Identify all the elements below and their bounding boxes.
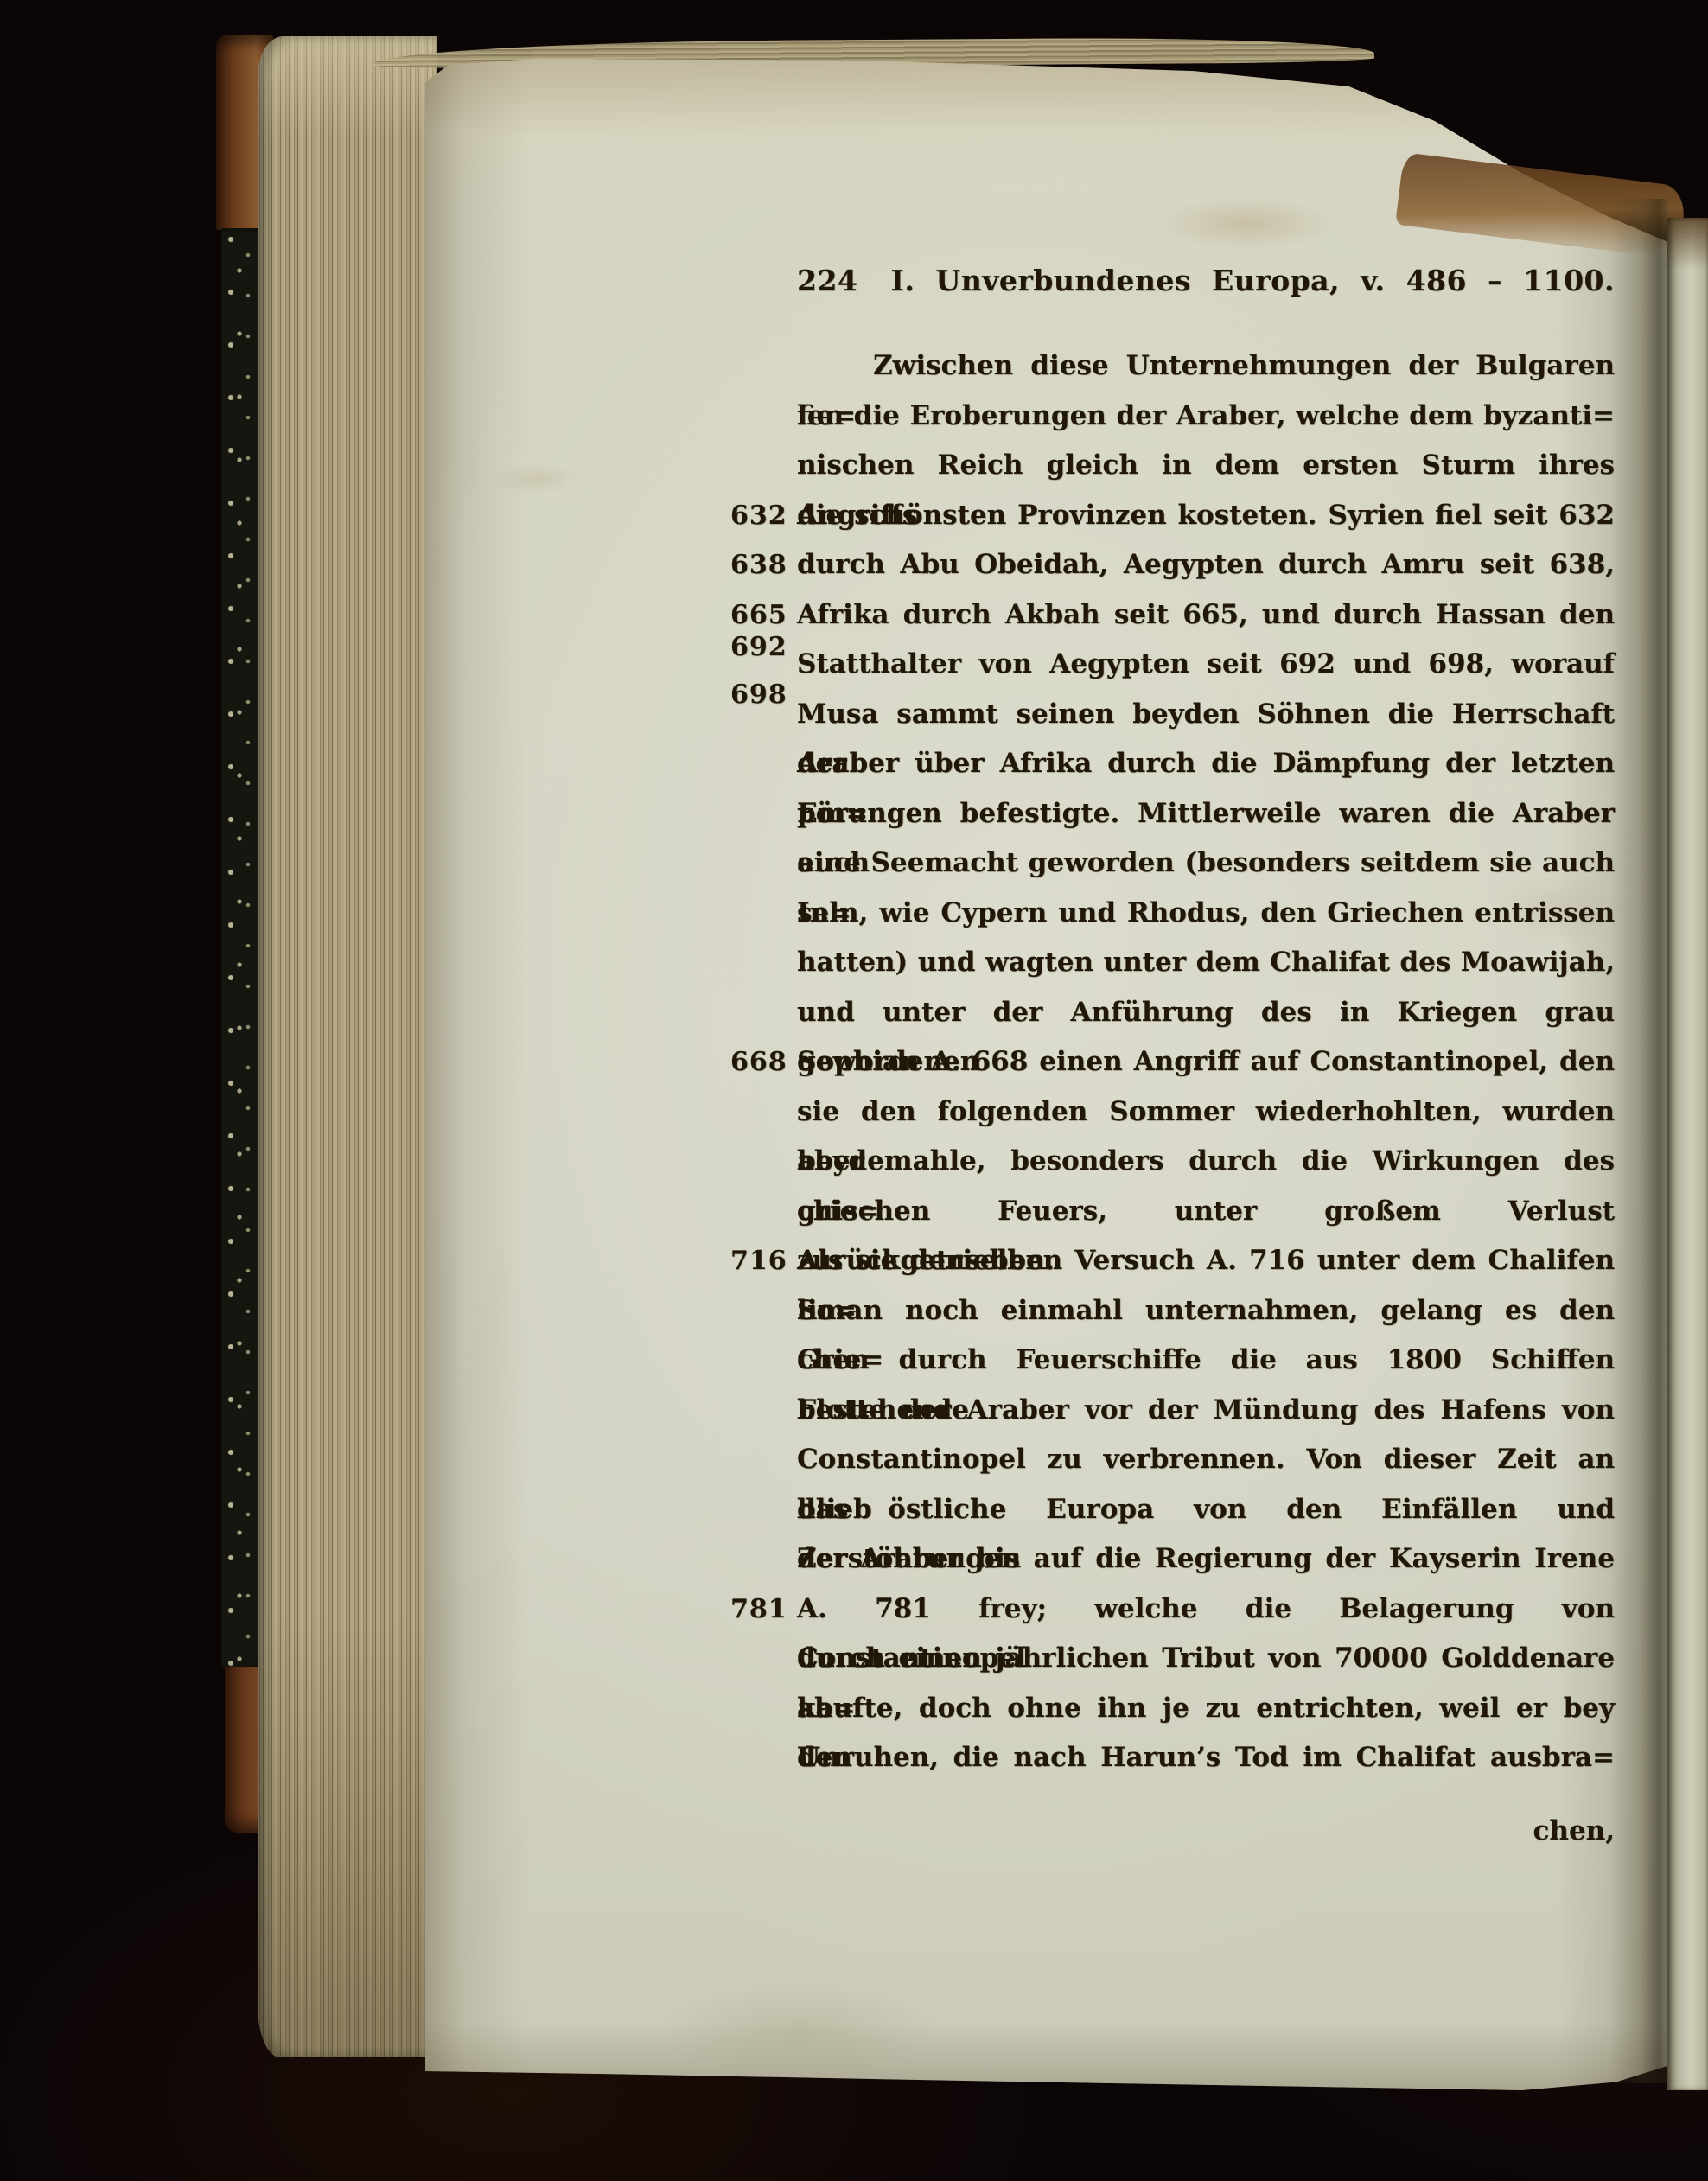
text-line: kaufte, doch ohne ihn je zu entrichten, …: [797, 1684, 1615, 1734]
text-line: Flotte der Araber vor der Mündung des Ha…: [797, 1386, 1615, 1436]
text-line: Unruhen, die nach Harun’s Tod im Chalifa…: [797, 1733, 1615, 1783]
text-line: pörungen befestigte. Mittlerweile waren …: [797, 789, 1615, 839]
page-number: 224: [797, 259, 857, 303]
line-text: Unruhen, die nach Harun’s Tod im Chalifa…: [797, 1733, 1615, 1783]
text-line: das östliche Europa von den Einfällen un…: [797, 1485, 1615, 1535]
text-line: chen durch Feuerschiffe die aus 1800 Sch…: [797, 1336, 1615, 1386]
text-line: 692698Statthalter von Aegypten seit 692 …: [797, 640, 1615, 690]
line-text: der Araber bis auf die Regierung der Kay…: [797, 1534, 1615, 1585]
text-line: durch einen jährlichen Tribut von 70000 …: [797, 1634, 1615, 1684]
text-line: 716Als sie denselben Versuch A. 716 unte…: [797, 1236, 1615, 1286]
chapter-title: I. Unverbundenes Europa, v. 486 – 1100.: [890, 259, 1615, 303]
text-line: 781A. 781 frey; welche die Belagerung vo…: [797, 1585, 1615, 1635]
text-line: nischen Reich gleich in dem ersten Sturm…: [797, 441, 1615, 491]
text-line: 638durch Abu Obeidah, Aegypten durch Amr…: [797, 540, 1615, 590]
line-text: Flotte der Araber vor der Mündung des Ha…: [797, 1386, 1615, 1436]
line-text: hatten) und wagten unter dem Chalifat de…: [797, 938, 1615, 988]
text-line: seln, wie Cypern und Rhodus, den Grieche…: [797, 889, 1615, 939]
margin-year: 716: [730, 1236, 786, 1286]
text-line: len die Eroberungen der Araber, welche d…: [797, 392, 1615, 442]
text-line: der Araber bis auf die Regierung der Kay…: [797, 1534, 1615, 1585]
margin-year: 781: [730, 1585, 786, 1635]
adjacent-page-sliver: [1667, 218, 1708, 2090]
line-text: seln, wie Cypern und Rhodus, den Grieche…: [797, 889, 1615, 939]
text-line: liman noch einmahl unternahmen, gelang e…: [797, 1286, 1615, 1336]
text-line: Constantinopel zu verbrennen. Von dieser…: [797, 1435, 1615, 1485]
line-text: Sophian A. 668 einen Angriff auf Constan…: [797, 1037, 1615, 1087]
catchword: chen,: [797, 1807, 1615, 1857]
text-line: chischen Feuers, unter großem Verlust zu…: [797, 1187, 1615, 1237]
line-text: Statthalter von Aegypten seit 692 und 69…: [797, 640, 1615, 690]
line-text: Afrika durch Akbah seit 665, und durch H…: [797, 590, 1615, 641]
line-text: len die Eroberungen der Araber, welche d…: [797, 392, 1615, 442]
text-line: sie den folgenden Sommer wiederhohlten, …: [797, 1087, 1615, 1138]
text-line: eine Seemacht geworden (besonders seitde…: [797, 839, 1615, 889]
margin-year: 692698: [730, 623, 786, 718]
running-header: 224 I. Unverbundenes Europa, v. 486 – 11…: [797, 259, 1615, 303]
margin-year: 668: [730, 1037, 786, 1087]
gutter-crease: [1609, 199, 1670, 2083]
text-line: 668Sophian A. 668 einen Angriff auf Cons…: [797, 1037, 1615, 1087]
text-line: beydemahle, besonders durch die Wirkunge…: [797, 1137, 1615, 1187]
text-line: 632die schönsten Provinzen kosteten. Syr…: [797, 491, 1615, 541]
text-line: Araber über Afrika durch die Dämpfung de…: [797, 739, 1615, 789]
text-line: Musa sammt seinen beyden Söhnen die Herr…: [797, 690, 1615, 740]
line-text: die schönsten Provinzen kosteten. Syrien…: [797, 491, 1615, 541]
text-line: hatten) und wagten unter dem Chalifat de…: [797, 938, 1615, 988]
book-photo: 224 I. Unverbundenes Europa, v. 486 – 11…: [0, 0, 1708, 2181]
body-lines: Zwischen diese Unternehmungen der Bulgar…: [797, 341, 1615, 1783]
text-line: Zwischen diese Unternehmungen der Bulgar…: [797, 341, 1615, 392]
printed-text: 224 I. Unverbundenes Europa, v. 486 – 11…: [797, 259, 1615, 1856]
margin-year: 632: [730, 491, 786, 541]
text-line: und unter der Anführung des in Kriegen g…: [797, 988, 1615, 1038]
margin-year: 638: [730, 540, 786, 590]
line-text: durch Abu Obeidah, Aegypten durch Amru s…: [797, 540, 1615, 590]
text-line: 665Afrika durch Akbah seit 665, und durc…: [797, 590, 1615, 641]
fore-edge-page-stack: [258, 36, 437, 2057]
